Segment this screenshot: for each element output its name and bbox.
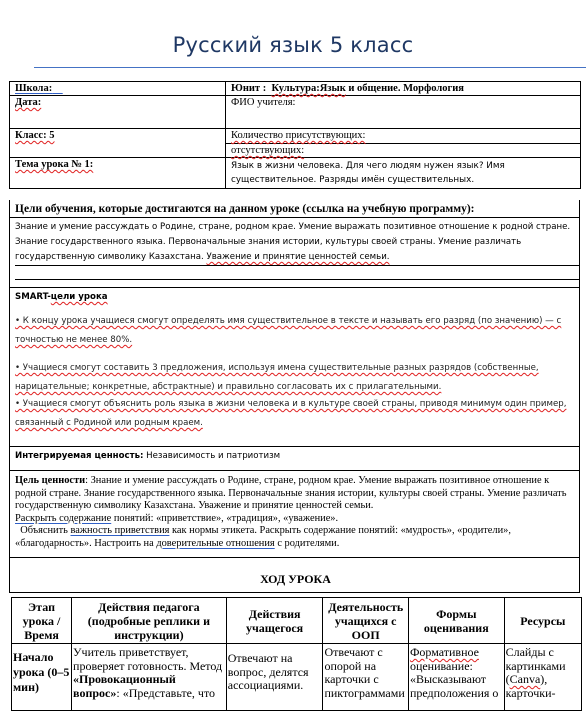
lesson-info-table: Школа: Юнит : Культура:Язык и общение. М… (9, 81, 581, 189)
grammar-marked-phrase: важность приветствия (71, 525, 170, 536)
column-header-assessment[interactable]: Формы оценивания (408, 598, 504, 644)
teacher-actions-text: : «Представьте, что (116, 686, 215, 700)
value-goal-text[interactable]: Цель ценности: Знание и умение рассуждат… (15, 475, 575, 550)
smart-goal-item[interactable]: • К концу урока учащиеся смогут определя… (15, 312, 575, 350)
attendance-cell[interactable]: Количество присутствующих: отсутствующих… (226, 129, 581, 158)
column-header-teacher-actions[interactable]: Действия педагога (подробные реплики и и… (72, 598, 227, 644)
class-cell[interactable]: Класс: 5 (10, 129, 226, 158)
absent-label: отсутствующих: (231, 145, 304, 156)
school-cell[interactable]: Школа: (10, 82, 226, 96)
value-goal-body: : Знание и умение рассуждать о Родине, с… (15, 475, 566, 511)
divider (10, 557, 579, 558)
topic-cell[interactable]: Язык в жизни человека. Для чего людям ну… (226, 158, 581, 189)
unit-cell[interactable]: Юнит : Культура:Язык и общение. Морфолог… (226, 82, 581, 96)
document-title: Русский язык 5 класс (0, 33, 586, 57)
info-row-school: Школа: Юнит : Культура:Язык и общение. М… (10, 82, 581, 96)
present-line[interactable]: Количество присутствующих: (226, 129, 580, 144)
date-cell[interactable]: Дата: (10, 96, 226, 129)
lesson-table-header: Этап урока / Время Действия педагога (по… (12, 598, 582, 644)
integrated-value-label: Интегрируемая ценность: (15, 451, 143, 461)
topic-label-cell: Тема урока № 1: (10, 158, 226, 189)
teacher-label: ФИО учителя: (231, 97, 295, 108)
assessment-cell[interactable]: Формативное оценивание: «Высказывают пре… (408, 644, 504, 711)
table-row: Начало урока (0–5 мин) Учитель приветств… (12, 644, 582, 711)
info-row-topic: Тема урока № 1: Язык в жизни человека. Д… (10, 158, 581, 189)
unit-value-marked: Культура:Язык (271, 83, 345, 94)
date-label: Дата: (15, 97, 41, 108)
column-header-sen-activity[interactable]: Деятельность учащихся с ООП (323, 598, 409, 644)
unit-label: Юнит : (231, 83, 266, 94)
goals-heading: Цели обучения, которые достигаются на да… (15, 203, 475, 215)
lesson-flow-title: ХОД УРОКА (10, 572, 581, 587)
student-actions-cell[interactable]: Отвечают на вопрос, делятся ассоциациями… (226, 644, 323, 711)
smart-goal-item[interactable]: • Учащиеся смогут составить 3 предложени… (15, 359, 575, 397)
divider (10, 446, 579, 447)
column-header-resources[interactable]: Ресурсы (504, 598, 581, 644)
present-label: Количество присутствующих: (231, 130, 365, 141)
assessment-text: оценивание: «Высказывают предположения о (410, 659, 498, 700)
resources-cell[interactable]: Слайды с картинками (Canva), карточки- (504, 644, 581, 711)
smart-goal-item[interactable]: • Учащиеся смогут объяснить роль языка в… (15, 395, 575, 433)
divider (15, 279, 579, 280)
goals-text-marked: Уважение и принятие ценностей семьи. (206, 252, 389, 262)
grammar-marked-phrase: Раскрыть содержание (15, 513, 111, 524)
info-row-date: Дата: ФИО учителя: (10, 96, 581, 129)
divider (10, 287, 579, 288)
divider (15, 265, 579, 266)
column-header-stage[interactable]: Этап урока / Время (12, 598, 72, 644)
class-label: Класс: 5 (15, 130, 54, 141)
resources-marked: Canva (510, 672, 541, 686)
school-label: Школа: (15, 83, 52, 94)
smart-goals-title: SMART-цели урока (15, 292, 108, 302)
teacher-actions-text: Учитель приветствует, проверяет готовнос… (73, 645, 222, 673)
assessment-marked: Формативное (410, 645, 479, 659)
goals-block: Цели обучения, которые достигаются на да… (9, 200, 580, 593)
grammar-marked-phrase: доверительные отношения (156, 538, 274, 549)
unit-value: и общение. Морфология (346, 83, 464, 94)
stage-cell[interactable]: Начало урока (0–5 мин) (12, 644, 72, 711)
integrated-value[interactable]: Интегрируемая ценность: Независимость и … (15, 451, 280, 461)
divider (9, 592, 580, 593)
info-row-class: Класс: 5 Количество присутствующих: отсу… (10, 129, 581, 158)
smart-title-prefix: SMART- (15, 292, 51, 302)
teacher-cell[interactable]: ФИО учителя: (226, 96, 581, 129)
column-header-student-actions[interactable]: Действия учащегося (226, 598, 323, 644)
value-goal-label: Цель ценности (15, 475, 85, 486)
topic-label: Тема урока № 1: (15, 159, 93, 170)
teacher-actions-cell[interactable]: Учитель приветствует, проверяет готовнос… (72, 644, 227, 711)
divider (10, 470, 579, 471)
value-goal-body: понятий: «приветствие», «традиция», «ува… (111, 513, 338, 524)
value-goal-body: с родителями. (275, 538, 340, 549)
value-goal-body: Объяснить (15, 525, 71, 536)
divider (10, 217, 579, 218)
goals-text[interactable]: Знание и умение рассуждать о Родине, стр… (15, 220, 577, 265)
topic-value: Язык в жизни человека. Для чего людям ну… (231, 161, 505, 185)
sen-activity-cell[interactable]: Отвечают с опорой на карточки с пиктогра… (323, 644, 409, 711)
smart-title-suffix: цели урока (51, 292, 108, 302)
title-rule (34, 67, 586, 68)
absent-line[interactable]: отсутствующих: (226, 144, 580, 157)
integrated-value-text: Независимость и патриотизм (143, 451, 280, 461)
lesson-flow-table: Этап урока / Время Действия педагога (по… (11, 597, 582, 711)
